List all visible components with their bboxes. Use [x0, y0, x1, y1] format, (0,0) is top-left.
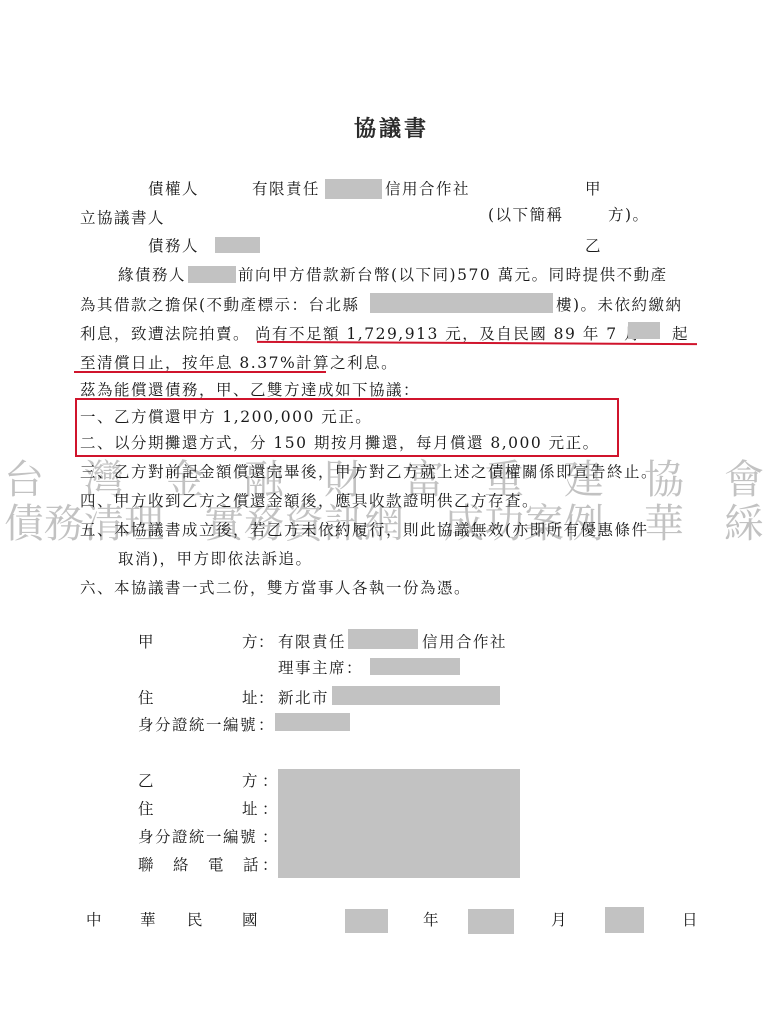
creditor-suffix: 信用合作社	[385, 179, 470, 199]
party-a-id-label: 身分證統一編號	[138, 715, 257, 735]
clause-5: 五、本協議書成立後，若乙方未依約履行，則此協議無效(亦即所有優惠條件	[80, 520, 649, 540]
party-a-label-2: 方	[242, 632, 259, 652]
date-year-label: 年	[423, 910, 440, 930]
creditor-alias: 甲	[585, 179, 602, 199]
signers-label: 立協議書人	[80, 208, 165, 228]
party-b-address-colon: ：	[262, 799, 279, 819]
date-char-3: 民	[187, 910, 204, 930]
date-day-label: 日	[682, 910, 699, 930]
redacted-party-b-details	[278, 769, 520, 878]
party-a-label-1: 甲	[138, 632, 155, 652]
date-char-1: 中	[86, 910, 103, 930]
redacted-date-day	[628, 322, 660, 339]
debtor-label: 債務人	[148, 236, 199, 256]
party-b-id-colon: ：	[262, 827, 279, 847]
party-a-suffix: 信用合作社	[422, 632, 507, 652]
p1-line4: 至清償日止，按年息 8.37%計算之利息。	[80, 353, 398, 373]
party-b-label-1: 乙	[138, 771, 155, 791]
alias-text-open: (以下簡稱	[488, 205, 564, 225]
date-char-2: 華	[140, 910, 157, 930]
clause-5-cont: 取消)，甲方即依法訴追。	[118, 549, 313, 569]
redacted-party-a-id	[275, 713, 350, 731]
party-a-address-colon: ：	[258, 688, 275, 708]
redacted-year	[345, 909, 388, 933]
p1-line1-a: 緣債務人	[118, 265, 186, 285]
date-char-4: 國	[242, 910, 259, 930]
redacted-party-a-address	[332, 686, 500, 705]
debtor-alias: 乙	[585, 236, 602, 256]
creditor-label: 債權人	[148, 179, 199, 199]
redacted-property-address	[370, 293, 553, 313]
alias-text-close: 方)。	[608, 205, 650, 225]
clause-3: 三、乙方對前記金額償還完畢後，甲方對乙方就上述之債權關係即宣告終止。	[80, 462, 658, 482]
party-a-prefix: 有限責任	[278, 632, 346, 652]
date-month-label: 月	[551, 910, 568, 930]
party-a-colon: ：	[258, 632, 275, 652]
redacted-month	[468, 909, 514, 934]
redacted-debtor-name-2	[188, 266, 236, 283]
party-b-phone-colon: ：	[262, 855, 279, 875]
p1-line1-b: 前向甲方借款新台幣(以下同)570 萬元。同時提供不動產	[238, 265, 668, 285]
redacted-chairman-name	[370, 658, 460, 675]
redacted-creditor-name	[325, 179, 382, 199]
clause-4: 四、甲方收到乙方之償還金額後，應具收款證明供乙方存查。	[80, 491, 539, 511]
agreement-intro: 茲為能償還債務，甲、乙雙方達成如下協議：	[80, 380, 420, 400]
party-b-address-label-1: 住	[138, 799, 155, 819]
party-a-address-prefix: 新北市	[278, 688, 329, 708]
clause-2: 二、以分期攤還方式，分 150 期按月攤還，每月償還 8,000 元正。	[80, 433, 600, 453]
party-a-address-label-2: 址	[242, 688, 259, 708]
p1-line3-c: 起	[672, 324, 689, 344]
party-b-address-label-2: 址	[242, 799, 259, 819]
document-title: 協議書	[354, 112, 429, 143]
clause-6: 六、本協議書一式二份，雙方當事人各執一份為憑。	[80, 578, 471, 598]
redacted-day	[605, 907, 644, 933]
chairman-label: 理事主席：	[278, 658, 363, 678]
p1-line3-a: 利息，致遭法院拍賣。	[80, 324, 250, 344]
party-a-address-label-1: 住	[138, 688, 155, 708]
party-b-colon: ：	[262, 771, 279, 791]
party-b-label-2: 方	[242, 771, 259, 791]
redacted-party-a-name	[348, 629, 418, 649]
party-b-id-label: 身分證統一編號	[138, 827, 257, 847]
creditor-prefix: 有限責任	[252, 179, 320, 199]
p1-line2-b: 樓)。未依約繳納	[556, 295, 683, 315]
party-b-phone-label: 聯絡電話	[138, 855, 260, 875]
p1-line2-a: 為其借款之擔保(不動產標示：台北縣	[80, 295, 360, 315]
red-underline-2	[74, 371, 326, 373]
clause-1: 一、乙方償還甲方 1,200,000 元正。	[80, 407, 372, 427]
party-a-id-colon: ：	[258, 715, 275, 735]
redacted-debtor-name	[215, 237, 260, 253]
